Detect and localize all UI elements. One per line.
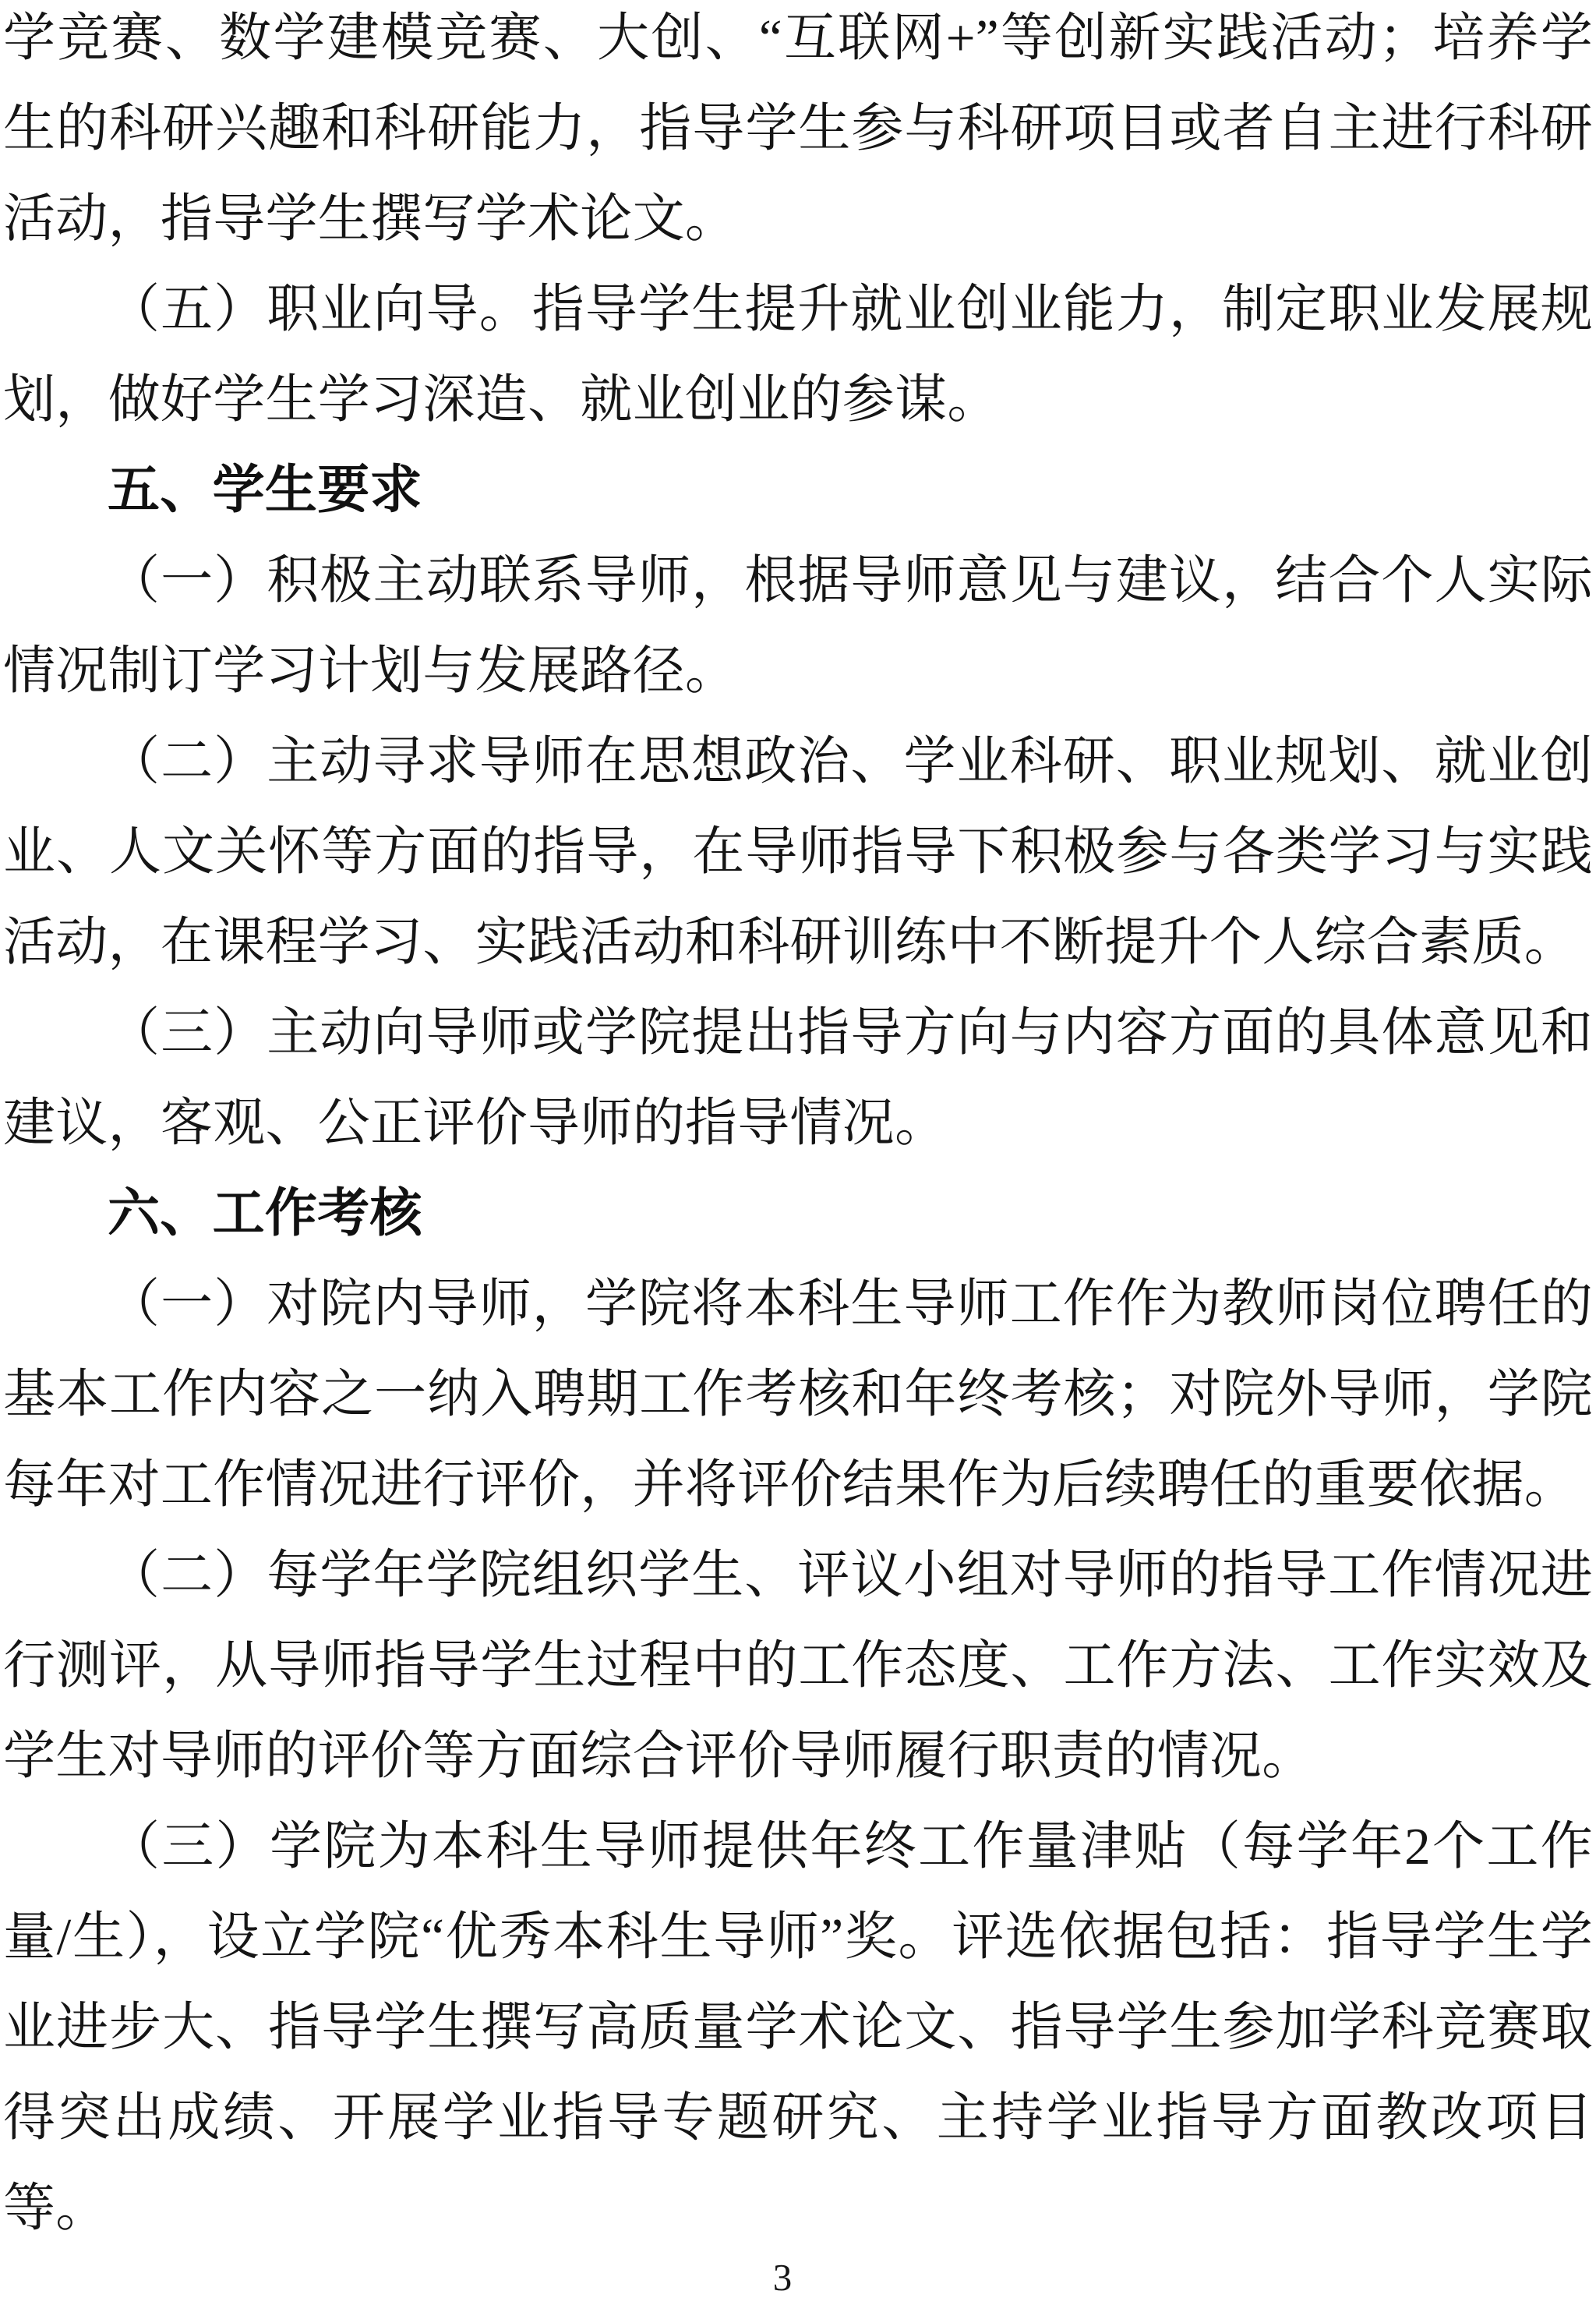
section-heading: 六、工作考核 (3, 1168, 1593, 1259)
section-heading: 五、学生要求 (3, 445, 1593, 536)
document-body: 学竞赛、数学建模竞赛、大创、“互联网+”等创新实践活动；培养学生的科研兴趣和科研… (3, 0, 1593, 2254)
paragraph: （二）每学年学院组织学生、评议小组对导师的指导工作情况进行测评，从导师指导学生过… (3, 1530, 1593, 1801)
document-page: 学竞赛、数学建模竞赛、大创、“互联网+”等创新实践活动；培养学生的科研兴趣和科研… (0, 0, 1596, 2312)
paragraph: 学竞赛、数学建模竞赛、大创、“互联网+”等创新实践活动；培养学生的科研兴趣和科研… (3, 0, 1593, 264)
paragraph: （一）积极主动联系导师，根据导师意见与建议，结合个人实际情况制订学习计划与发展路… (3, 536, 1593, 716)
page-footer: 3 (0, 2254, 1565, 2301)
paragraph: （二）主动寻求导师在思想政治、学业科研、职业规划、就业创业、人文关怀等方面的指导… (3, 716, 1593, 988)
page-number: 3 (773, 2256, 793, 2299)
paragraph: （五）职业向导。指导学生提升就业创业能力，制定职业发展规划，做好学生学习深造、就… (3, 264, 1593, 445)
paragraph: （三）主动向导师或学院提出指导方向与内容方面的具体意见和建议，客观、公正评价导师… (3, 988, 1593, 1168)
paragraph: （一）对院内导师，学院将本科生导师工作作为教师岗位聘任的基本工作内容之一纳入聘期… (3, 1259, 1593, 1530)
paragraph: （三）学院为本科生导师提供年终工作量津贴（每学年2个工作量/生），设立学院“优秀… (3, 1801, 1593, 2254)
